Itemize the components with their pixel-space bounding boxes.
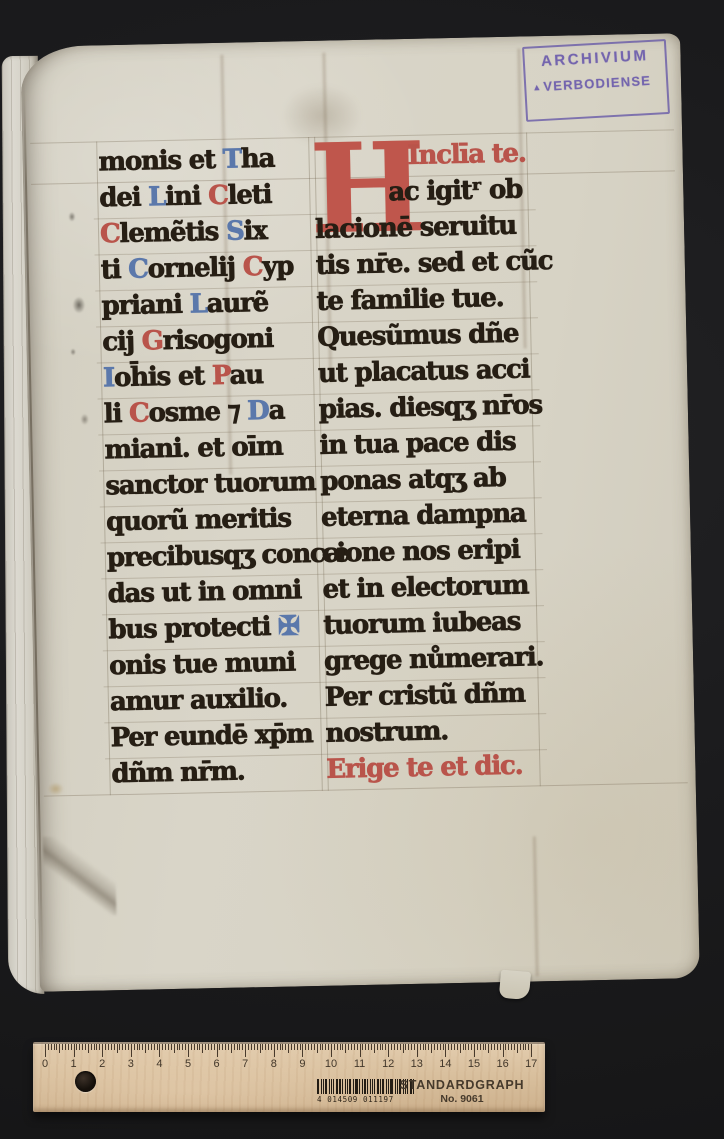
manuscript-line: li Cosme ⁊ Da [104,393,317,433]
ruler-tick [337,1044,338,1050]
black-ink-text: yp [262,251,294,282]
ruler-tick [45,1044,46,1057]
ruler-tick [151,1044,152,1050]
ruler-tick [282,1044,283,1050]
ruler-tick [505,1044,506,1050]
ruler-tick [145,1044,146,1053]
blue-ink-text: ✠ [278,611,299,641]
ruler-tick [108,1044,109,1050]
manuscript-line: tis nr̄e. sed et cũc [315,244,532,285]
ruler-tick [523,1044,524,1050]
ruler-tick [274,1044,275,1057]
smudge-stain [43,835,117,916]
black-ink-text: ornelij [147,252,243,284]
ruler-tick [434,1044,435,1050]
manuscript-line: tuorum iubeas [323,604,540,645]
barcode-bar [362,1079,363,1094]
ruler-tick [411,1044,412,1050]
ruler-tick [111,1044,112,1050]
ruler-tick [360,1044,361,1057]
ruler-tick [237,1044,238,1050]
ruler-tick [119,1044,120,1050]
ruler-model-number: No. 9061 [399,1093,525,1105]
black-ink-text: au [229,360,263,391]
ruler-tick [297,1044,298,1050]
ruler-tick [365,1044,366,1050]
black-ink-text: Quesũmus dñe [317,319,519,353]
barcode-bar [395,1079,396,1094]
ruler-tick [311,1044,312,1050]
ruler-tick [257,1044,258,1050]
manuscript-line: Ioh̄is et Pau [103,357,316,397]
ruler-tick [302,1044,303,1057]
ruler-tick [102,1044,103,1057]
ruler-tick [385,1044,386,1050]
ruler-tick [291,1044,292,1050]
black-ink-text: tuorum iubeas [323,607,520,641]
ruler-tick [159,1044,160,1057]
ruler-tick [362,1044,363,1050]
ruler-tick [331,1044,332,1057]
manuscript-line: te familie tue. [316,280,533,321]
ruler-tick [79,1044,80,1050]
ruler-cm-number: 2 [92,1058,112,1070]
manuscript-line: Clemẽtis Six [100,213,313,253]
manuscript-line: das ut in omni [107,573,320,613]
stamp-line1: ARCHIVIUM [530,46,659,70]
barcode-bar [388,1079,389,1094]
ruler-tick [408,1044,409,1050]
ruler-tick [397,1044,398,1050]
foxing-spot [48,782,64,795]
ruler-tick [317,1044,318,1053]
ruler-tick [137,1044,138,1050]
ruler-tick [400,1044,401,1050]
black-ink-text: miani. et oīm [104,432,282,466]
ruler-cm-number: 3 [121,1058,141,1070]
manuscript-line: dñm nr̄m. [111,753,324,793]
ruler-cm-number: 0 [35,1058,55,1070]
barcode-bar [321,1079,322,1094]
ruler-tick [231,1044,232,1053]
manuscript-line: in tua pace dis [319,424,536,465]
manuscript-line: amur auxilio. [110,681,323,721]
black-ink-text: onis tue muni [109,647,296,681]
ruler-tick [54,1044,55,1050]
ruler-tick [48,1044,49,1050]
black-ink-text: leti [227,180,271,211]
ruler-tick [325,1044,326,1050]
manuscript-line: miani. et oīm [104,429,317,469]
manuscript-line: cione nos eripi [322,532,539,573]
ruler-tick [374,1044,375,1053]
ruler-tick [368,1044,369,1050]
ruler-tick [485,1044,486,1050]
ruler-tick [425,1044,426,1050]
ruler-tick [417,1044,418,1057]
manuscript-line: quorũ meritis [106,501,319,541]
ruler-tick [351,1044,352,1050]
barcode-bar [382,1079,384,1094]
barcode-bar [331,1079,332,1094]
ruler-barcode: 4 014509 011197 [317,1079,407,1103]
blue-ink-text: D [247,396,269,426]
ruler-tick [280,1044,281,1050]
black-ink-text: ini [165,181,209,212]
ruler-tick [431,1044,432,1053]
blue-ink-text: L [189,289,207,319]
barcode-bar [380,1079,381,1094]
ruler-tick [308,1044,309,1050]
ruler-tick [294,1044,295,1050]
ruler-tick [82,1044,83,1050]
ruler-tick [65,1044,66,1050]
ruler-tick [260,1044,261,1053]
manuscript-line: nostrum. [325,712,542,753]
manuscript-line: et in electorum [322,568,539,609]
ruler-cm-number: 9 [292,1058,312,1070]
red-ink-text: C [208,181,228,211]
ruler-tick [208,1044,209,1050]
manuscript-line: sanctor tuorum [105,465,318,505]
ruler-tick [511,1044,512,1050]
ruler-cm-number: 8 [264,1058,284,1070]
red-ink-text: Erige te et dic. [326,751,523,785]
ruler-tick [305,1044,306,1050]
ruler-tick [225,1044,226,1050]
ruler-tick [451,1044,452,1050]
ruler-tick [494,1044,495,1050]
black-ink-text: lemẽtis [119,217,226,249]
ruler-tick [91,1044,92,1050]
ruler-tick [300,1044,301,1050]
ruler-tick [465,1044,466,1050]
black-ink-text: cij [102,327,142,358]
black-ink-text: quorũ meritis [106,503,291,537]
blue-ink-text: C [128,254,148,284]
barcode-bar [349,1079,351,1094]
black-ink-text: ti [101,255,129,286]
barcode-bar [386,1079,387,1094]
ruler-tick [56,1044,57,1050]
manuscript-line: ut placatus acci [318,352,535,393]
black-ink-text: risogoni [162,324,273,356]
ruler-tick [268,1044,269,1050]
ruler-tick [99,1044,100,1050]
ruler-tick [202,1044,203,1053]
ruler-tick [177,1044,178,1050]
black-ink-text: ponas atqʒ ab [320,463,506,497]
ruler-tick [391,1044,392,1050]
barcode-bar [333,1079,334,1094]
manuscript-line: lacionē seruitu [315,208,532,249]
ruler-tick [483,1044,484,1050]
barcode-bar [390,1079,393,1094]
ruler-tick [222,1044,223,1050]
ruler-tick [105,1044,106,1050]
ruler-tick [134,1044,135,1050]
black-ink-text: ac igitʳ ob [388,175,522,208]
ruler-tick [248,1044,249,1050]
black-ink-text: grege nůmerari. [324,642,544,677]
ruler-tick [514,1044,515,1050]
black-ink-text: li [104,399,130,430]
black-ink-text: Per eundē xp̄m [110,719,312,753]
black-ink-text: bus protecti [108,612,278,646]
blue-ink-text: S [226,216,244,246]
ruler-tick [197,1044,198,1050]
ruler-tick [185,1044,186,1050]
ruler-tick [76,1044,77,1050]
ruler-tick [88,1044,89,1053]
manuscript-line: ti Cornelij Cyp [101,249,314,289]
blue-ink-text: I [103,363,115,393]
ruler-tick [437,1044,438,1050]
barcode-bar [317,1079,319,1094]
ruler-tick [128,1044,129,1050]
ruler-tick [277,1044,278,1050]
stamp-line2: ▲VERBODIENSE [532,72,661,94]
ruler-tick [428,1044,429,1050]
ruler-tick [448,1044,449,1050]
ruler-cm-number: 4 [149,1058,169,1070]
ruler-cm-number: 10 [321,1058,341,1070]
manuscript-line: Inclīa te. [313,136,530,177]
ruler-tick [388,1044,389,1057]
barcode-bar [355,1079,358,1094]
barcode-bar [323,1079,324,1094]
barcode-bar [397,1079,398,1094]
ruler-tick [457,1044,458,1050]
ruler-cm-number: 5 [178,1058,198,1070]
ruler-tick [497,1044,498,1050]
barcode-bar [329,1079,330,1094]
manuscript-line: eterna dampna [321,496,538,537]
black-ink-text: eterna dampna [321,499,526,533]
ruler-tick [488,1044,489,1053]
ruler-hanging-hole [75,1071,96,1092]
barcode-bar [372,1079,373,1094]
ruler-tick [423,1044,424,1050]
ruler-cm-number: 17 [521,1058,541,1070]
ruler-tick [517,1044,518,1053]
ruler-cm-number: 13 [407,1058,427,1070]
ruler-tick [245,1044,246,1057]
ruler-tick [94,1044,95,1050]
barcode-bar [353,1079,354,1094]
ruler-cm-number: 1 [64,1058,84,1070]
ruler-tick [377,1044,378,1050]
ruler-tick [217,1044,218,1057]
manuscript-line: priani Laurẽ [101,285,314,325]
ruler-tick [520,1044,521,1050]
manuscript-line: ac igitʳ ob [314,172,531,213]
barcode-bar [370,1079,371,1094]
black-ink-text: oh̄is et [114,361,212,393]
ruler-tick [454,1044,455,1050]
ruler-tick [62,1044,63,1050]
ruler-tick [174,1044,175,1053]
ruler-cm-number: 15 [464,1058,484,1070]
ruler-tick [463,1044,464,1050]
barcode-bar [364,1079,366,1094]
ruler-tick [503,1044,504,1057]
barcode-bar [325,1079,327,1094]
ruler-tick [254,1044,255,1050]
ruler-tick [68,1044,69,1050]
ruler-tick [59,1044,60,1053]
manuscript-line: Per cristũ dñm [325,676,542,717]
black-ink-text: nostrum. [325,716,448,749]
parchment-tab [499,970,531,1000]
ruler-tick [117,1044,118,1053]
ruler-tick [468,1044,469,1050]
barcode-bar [339,1079,341,1094]
black-ink-text: dei [99,182,148,213]
ruler-tick [122,1044,123,1050]
ruler-tick [234,1044,235,1050]
ruler-tick [380,1044,381,1050]
manuscript-line: cij Grisogoni [102,321,315,361]
black-ink-text: aurẽ [206,288,268,319]
ruler-tick [125,1044,126,1050]
ruler-tick [171,1044,172,1050]
red-ink-text: G [141,326,163,356]
black-ink-text: cione nos eripi [322,535,520,569]
ink-speckle-stain [61,195,100,456]
ruler-tick [414,1044,415,1050]
ruler-tick [157,1044,158,1050]
ruler-tick [531,1044,532,1057]
manuscript-line: precibusqʒ concæ [107,537,320,577]
manuscript-line: grege nůmerari. [324,640,541,681]
ruler-tick [440,1044,441,1050]
black-ink-text: dñm nr̄m. [111,756,245,789]
black-ink-text: tis nr̄e. sed et cũc [316,246,553,281]
blue-ink-text: T [222,144,241,174]
ruler-tick [480,1044,481,1050]
black-ink-text: ut placatus acci [318,354,530,388]
ruler-tick [214,1044,215,1050]
ruler-cm-number: 6 [207,1058,227,1070]
manuscript-line: monis et Tha [98,141,311,181]
ruler-cm-number: 14 [435,1058,455,1070]
ruler-tick [394,1044,395,1050]
red-ink-text: Inclīa te. [407,138,526,170]
black-ink-text: priani [101,290,190,322]
black-ink-text: ha [241,144,275,175]
red-ink-text: C [129,398,149,428]
ruler-tick [265,1044,266,1050]
ruler-tick [191,1044,192,1050]
ruler-tick [96,1044,97,1050]
ruler-tick [154,1044,155,1050]
ruler-tick [251,1044,252,1050]
ruler-tick [194,1044,195,1050]
ruler-tick [242,1044,243,1050]
ruler-tick [148,1044,149,1050]
ruler-tick [162,1044,163,1050]
ruler-tick [85,1044,86,1050]
ruler-tick [320,1044,321,1050]
ruler-cm-number: 7 [235,1058,255,1070]
red-ink-text: C [242,252,262,282]
photograph-scene: ARCHIVIUM ▲VERBODIENSE H monis et Thadei… [0,0,724,1139]
stamp-triangle-icon: ▲ [532,82,543,93]
archive-stamp: ARCHIVIUM ▲VERBODIENSE [522,39,670,122]
black-ink-text: osme ⁊ [148,396,247,428]
barcode-bar [367,1079,368,1094]
ruler-tick [182,1044,183,1050]
ruler-brand: STANDARDGRAPH [399,1078,525,1092]
ruler-tick [71,1044,72,1050]
ruler-tick [405,1044,406,1050]
ruler-tick [51,1044,52,1050]
barcode-bar [336,1079,338,1094]
barcode-bar [359,1079,360,1094]
ruler-tick [285,1044,286,1050]
ruler-tick [211,1044,212,1050]
black-ink-text: Per cristũ dñm [325,679,526,713]
manuscript-line: bus protecti ✠ [108,609,321,649]
barcode-bar [347,1079,348,1094]
ruler-tick [239,1044,240,1050]
stamp-line2-text: VERBODIENSE [543,73,652,94]
ruler-tick [131,1044,132,1057]
black-ink-text: precibusqʒ concæ [107,538,349,573]
ruler-tick [471,1044,472,1050]
ruler-tick [348,1044,349,1050]
ruler-tick [205,1044,206,1050]
ruler-tick [199,1044,200,1050]
black-ink-text: pias. diesqʒ nr̄os [319,390,543,425]
ruler-tick [445,1044,446,1057]
ruler-tick [139,1044,140,1050]
ruler-tick [371,1044,372,1050]
ruler-tick [328,1044,329,1050]
ruler-tick [345,1044,346,1053]
ruler-tick [342,1044,343,1050]
manuscript-line: dei Lini Cleti [99,177,312,217]
manuscript-line: Quesũmus dñe [317,316,534,357]
ruler-cm-number: 12 [378,1058,398,1070]
black-ink-text: a [268,396,284,426]
black-ink-text: sanctor tuorum [105,467,315,501]
ruler-tick [508,1044,509,1050]
ruler-tick [477,1044,478,1050]
barcode-bars [317,1079,407,1094]
black-ink-text: te familie tue. [316,283,503,317]
ruler-tick [354,1044,355,1050]
manuscript-line: onis tue muni [109,645,322,685]
ruler-tick [288,1044,289,1053]
ruler-tick [460,1044,461,1053]
ruler-tick [340,1044,341,1050]
manuscript-line: Per eundē xp̄m [110,717,323,757]
ruler-cm-number: 11 [350,1058,370,1070]
ruler-tick [357,1044,358,1050]
measuring-ruler: 4 014509 011197 STANDARDGRAPH No. 9061 0… [33,1042,545,1112]
red-ink-text: C [100,219,120,249]
ruler-tick [188,1044,189,1057]
ruler-tick [114,1044,115,1050]
ruler-tick [262,1044,263,1050]
ruler-tick [500,1044,501,1050]
ruler-tick [322,1044,323,1050]
fold-line [533,836,539,976]
barcode-bar [342,1079,343,1094]
black-ink-text: et in electorum [322,570,528,604]
